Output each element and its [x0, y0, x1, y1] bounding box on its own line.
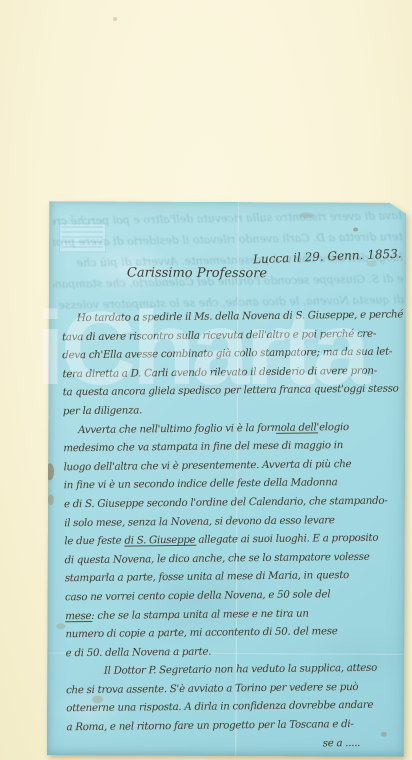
background-speck: [113, 17, 117, 21]
letter-photo: tava di avere riscontro sulla ricevuta d…: [0, 0, 412, 760]
paper-edge-shading: [47, 201, 406, 757]
letter-paper: tava di avere riscontro sulla ricevuta d…: [47, 201, 406, 757]
letter-paper-wrap: tava di avere riscontro sulla ricevuta d…: [48, 202, 405, 756]
